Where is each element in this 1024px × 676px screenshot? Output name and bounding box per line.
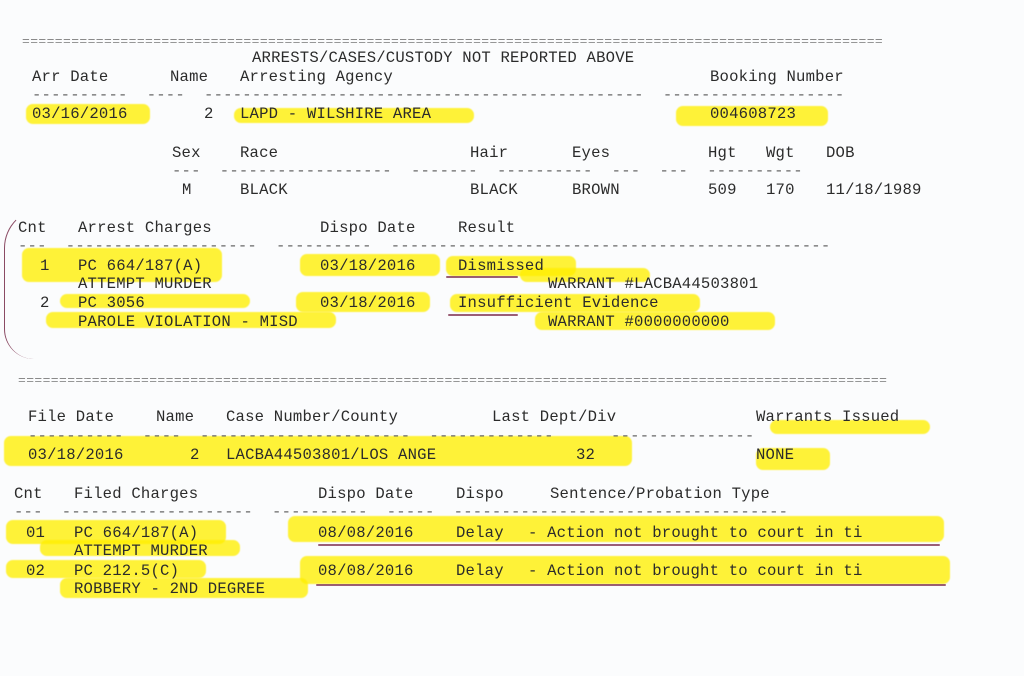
charge-2-result: Insufficient Evidence — [458, 294, 659, 312]
physical-underline: --- ------------------ ------- ---------… — [172, 162, 803, 180]
header-underline: ---------- ---- ------------------------… — [32, 86, 844, 104]
header-sex: Sex — [172, 144, 201, 162]
pen-underline-dismissed — [446, 276, 518, 278]
filed-1-desc: ATTEMPT MURDER — [74, 542, 208, 560]
dob: 11/18/1989 — [826, 181, 922, 199]
filed-2-code: PC 212.5(C) — [74, 562, 179, 580]
criminal-record-document: ========================================… — [0, 0, 1024, 676]
charge-1-code: PC 664/187(A) — [78, 257, 202, 275]
filed-2-cnt: 02 — [26, 562, 45, 580]
header-dob: DOB — [826, 144, 855, 162]
filed-1-dispo: Delay — [456, 524, 504, 542]
charges-underline: --- -------------------- ---------- ----… — [18, 237, 830, 255]
filed-2-desc: ROBBERY - 2ND DEGREE — [74, 580, 265, 598]
charge-2-code: PC 3056 — [78, 294, 145, 312]
filed-1-dispo-date: 08/08/2016 — [318, 524, 414, 542]
header-arresting-agency: Arresting Agency — [240, 68, 393, 86]
charge-1-result: Dismissed — [458, 257, 544, 275]
filed-1-cnt: 01 — [26, 524, 45, 542]
filed-1-code: PC 664/187(A) — [74, 524, 198, 542]
arresting-agency: LAPD - WILSHIRE AREA — [240, 105, 431, 123]
last-dept-div: 32 — [576, 446, 595, 464]
name-number-2: 2 — [190, 446, 200, 464]
pen-underline-filed2 — [316, 584, 946, 586]
header-race: Race — [240, 144, 278, 162]
pen-underline-filed1 — [318, 544, 940, 546]
hair: BLACK — [470, 181, 518, 199]
header-file-date: File Date — [28, 408, 114, 426]
header-hgt: Hgt — [708, 144, 737, 162]
header-cnt-2: Cnt — [14, 485, 43, 503]
header-sentence: Sentence/Probation Type — [550, 485, 770, 503]
separator-middle: ========================================… — [18, 372, 887, 390]
header-case-number: Case Number/County — [226, 408, 398, 426]
header-name: Name — [170, 68, 208, 86]
eyes: BROWN — [572, 181, 620, 199]
header-dispo: Dispo — [456, 485, 504, 503]
charge-1-warrant: WARRANT #LACBA44503801 — [548, 275, 758, 293]
header-hair: Hair — [470, 144, 508, 162]
charge-2-warrant: WARRANT #0000000000 — [548, 313, 730, 331]
filed-underline: --- -------------------- ---------- ----… — [14, 503, 788, 521]
sex: M — [182, 181, 192, 199]
header-booking-number: Booking Number — [710, 68, 844, 86]
booking-number: 004608723 — [710, 105, 796, 123]
file-date: 03/18/2016 — [28, 446, 124, 464]
filed-2-dispo: Delay — [456, 562, 504, 580]
header-eyes: Eyes — [572, 144, 610, 162]
section-title: ARRESTS/CASES/CUSTODY NOT REPORTED ABOVE — [252, 49, 634, 67]
header-arr-date: Arr Date — [32, 68, 108, 86]
weight: 170 — [766, 181, 795, 199]
filed-1-sentence: - Action not brought to court in ti — [528, 524, 863, 542]
header-arrest-charges: Arrest Charges — [78, 219, 212, 237]
height: 509 — [708, 181, 737, 199]
header-last-dept: Last Dept/Div — [492, 408, 616, 426]
header-wgt: Wgt — [766, 144, 795, 162]
case-number-county: LACBA44503801/LOS ANGE — [226, 446, 436, 464]
charge-1-desc: ATTEMPT MURDER — [78, 275, 212, 293]
race: BLACK — [240, 181, 288, 199]
header-warrants-issued: Warrants Issued — [756, 408, 899, 426]
header-dispo-date: Dispo Date — [320, 219, 416, 237]
arr-date: 03/16/2016 — [32, 105, 128, 123]
charge-1-dispo-date: 03/18/2016 — [320, 257, 416, 275]
charge-2-dispo-date: 03/18/2016 — [320, 294, 416, 312]
header-result: Result — [458, 219, 515, 237]
name-number: 2 — [204, 105, 214, 123]
charge-2-desc: PAROLE VIOLATION - MISD — [78, 313, 298, 331]
header-filed-charges: Filed Charges — [74, 485, 198, 503]
header-name-2: Name — [156, 408, 194, 426]
warrants-issued: NONE — [756, 446, 794, 464]
filed-2-sentence: - Action not brought to court in ti — [528, 562, 863, 580]
pen-underline-insufficient — [448, 314, 518, 316]
filed-2-dispo-date: 08/08/2016 — [318, 562, 414, 580]
case-underline: ---------- ---- ---------------------- -… — [28, 427, 754, 445]
header-dispo-date-2: Dispo Date — [318, 485, 414, 503]
pen-bracket — [4, 208, 65, 359]
